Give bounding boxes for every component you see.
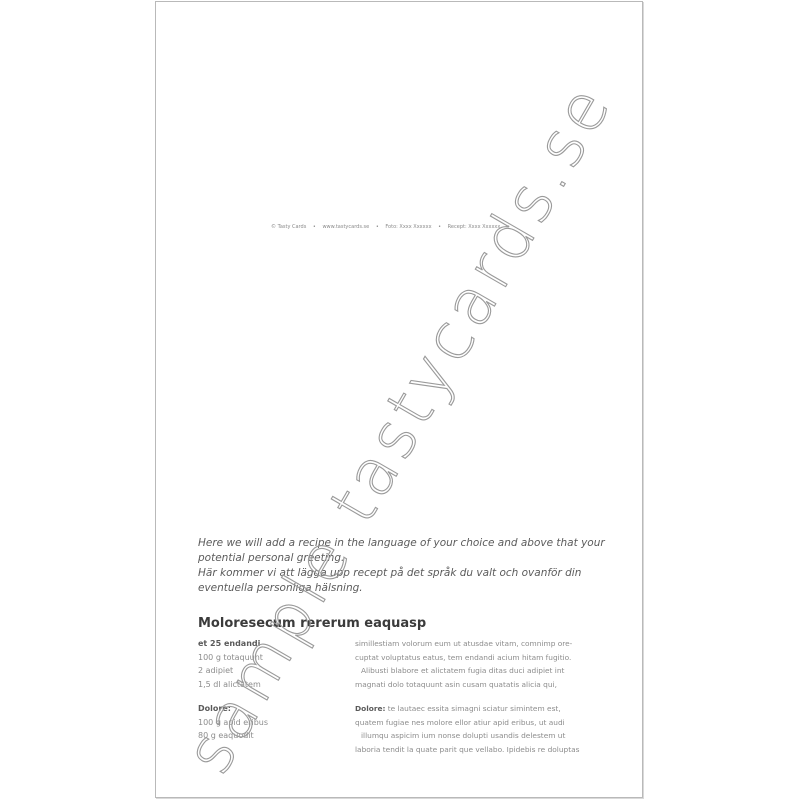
recipe-card-page: © Tasty Cards • www.tastycards.se • Foto… [155, 1, 643, 798]
method-text: simillestiam volorum eum ut atusdae vita… [355, 637, 615, 756]
method-line: simillestiam volorum eum ut atusdae vita… [355, 637, 615, 651]
ingredient-item: 100 g totaquunt [198, 651, 348, 665]
intro-line: eventuella personliga hälsning. [198, 581, 618, 596]
credits-website: www.tastycards.se [322, 224, 369, 230]
intro-line: Här kommer vi att lägga upp recept på de… [198, 566, 618, 581]
method-line: quatem fugiae nes molore ellor atiur api… [355, 716, 615, 730]
ingredients-heading: Dolore: [198, 702, 348, 716]
credits-photo: Foto: Xxxx Xxxxxx [385, 224, 431, 230]
spacer [355, 691, 615, 702]
intro-line: Here we will add a recipe in the languag… [198, 536, 618, 551]
credits-separator: • [313, 224, 316, 230]
ingredient-item: 1,5 dl alictatem [198, 678, 348, 692]
spacer [198, 691, 348, 702]
ingredient-item: 100 g apid eribus [198, 716, 348, 730]
credits-separator: • [507, 224, 510, 230]
method-line: Dolore: te lautaec essita simagni sciatu… [355, 702, 615, 716]
method-line: magnati dolo totaquunt asin cusam quatat… [355, 678, 615, 692]
credits-recipe: Recept: Xxxx Xxxxxx [448, 224, 501, 230]
ingredient-item: 80 g eaquodit [198, 729, 348, 743]
method-line: laboria tendit la quate parit que vellab… [355, 743, 615, 757]
method-line: Alibusti blabore et alictatem fugia dita… [355, 664, 615, 678]
intro-line: potential personal greeting. [198, 551, 618, 566]
ingredient-item: 2 adipiet [198, 664, 348, 678]
intro-greeting: Here we will add a recipe in the languag… [198, 536, 618, 596]
credits-copyright: © Tasty Cards [271, 224, 306, 230]
credits-separator: • [376, 224, 379, 230]
method-label: Dolore: [355, 704, 385, 713]
method-line: cuptat voluptatus eatus, tem endandi aci… [355, 651, 615, 665]
credits-line: © Tasty Cards • www.tastycards.se • Foto… [271, 224, 515, 230]
method-text-run: te lautaec essita simagni sciatur simint… [385, 704, 560, 713]
recipe-title: Moloresecum rererum eaquasp [198, 616, 426, 631]
credits-separator: • [438, 224, 441, 230]
ingredients-heading: et 25 endandi [198, 637, 348, 651]
method-line: illumqu aspicim ium nonse dolupti usandi… [355, 729, 615, 743]
ingredients-list: et 25 endandi 100 g totaquunt 2 adipiet … [198, 637, 348, 743]
